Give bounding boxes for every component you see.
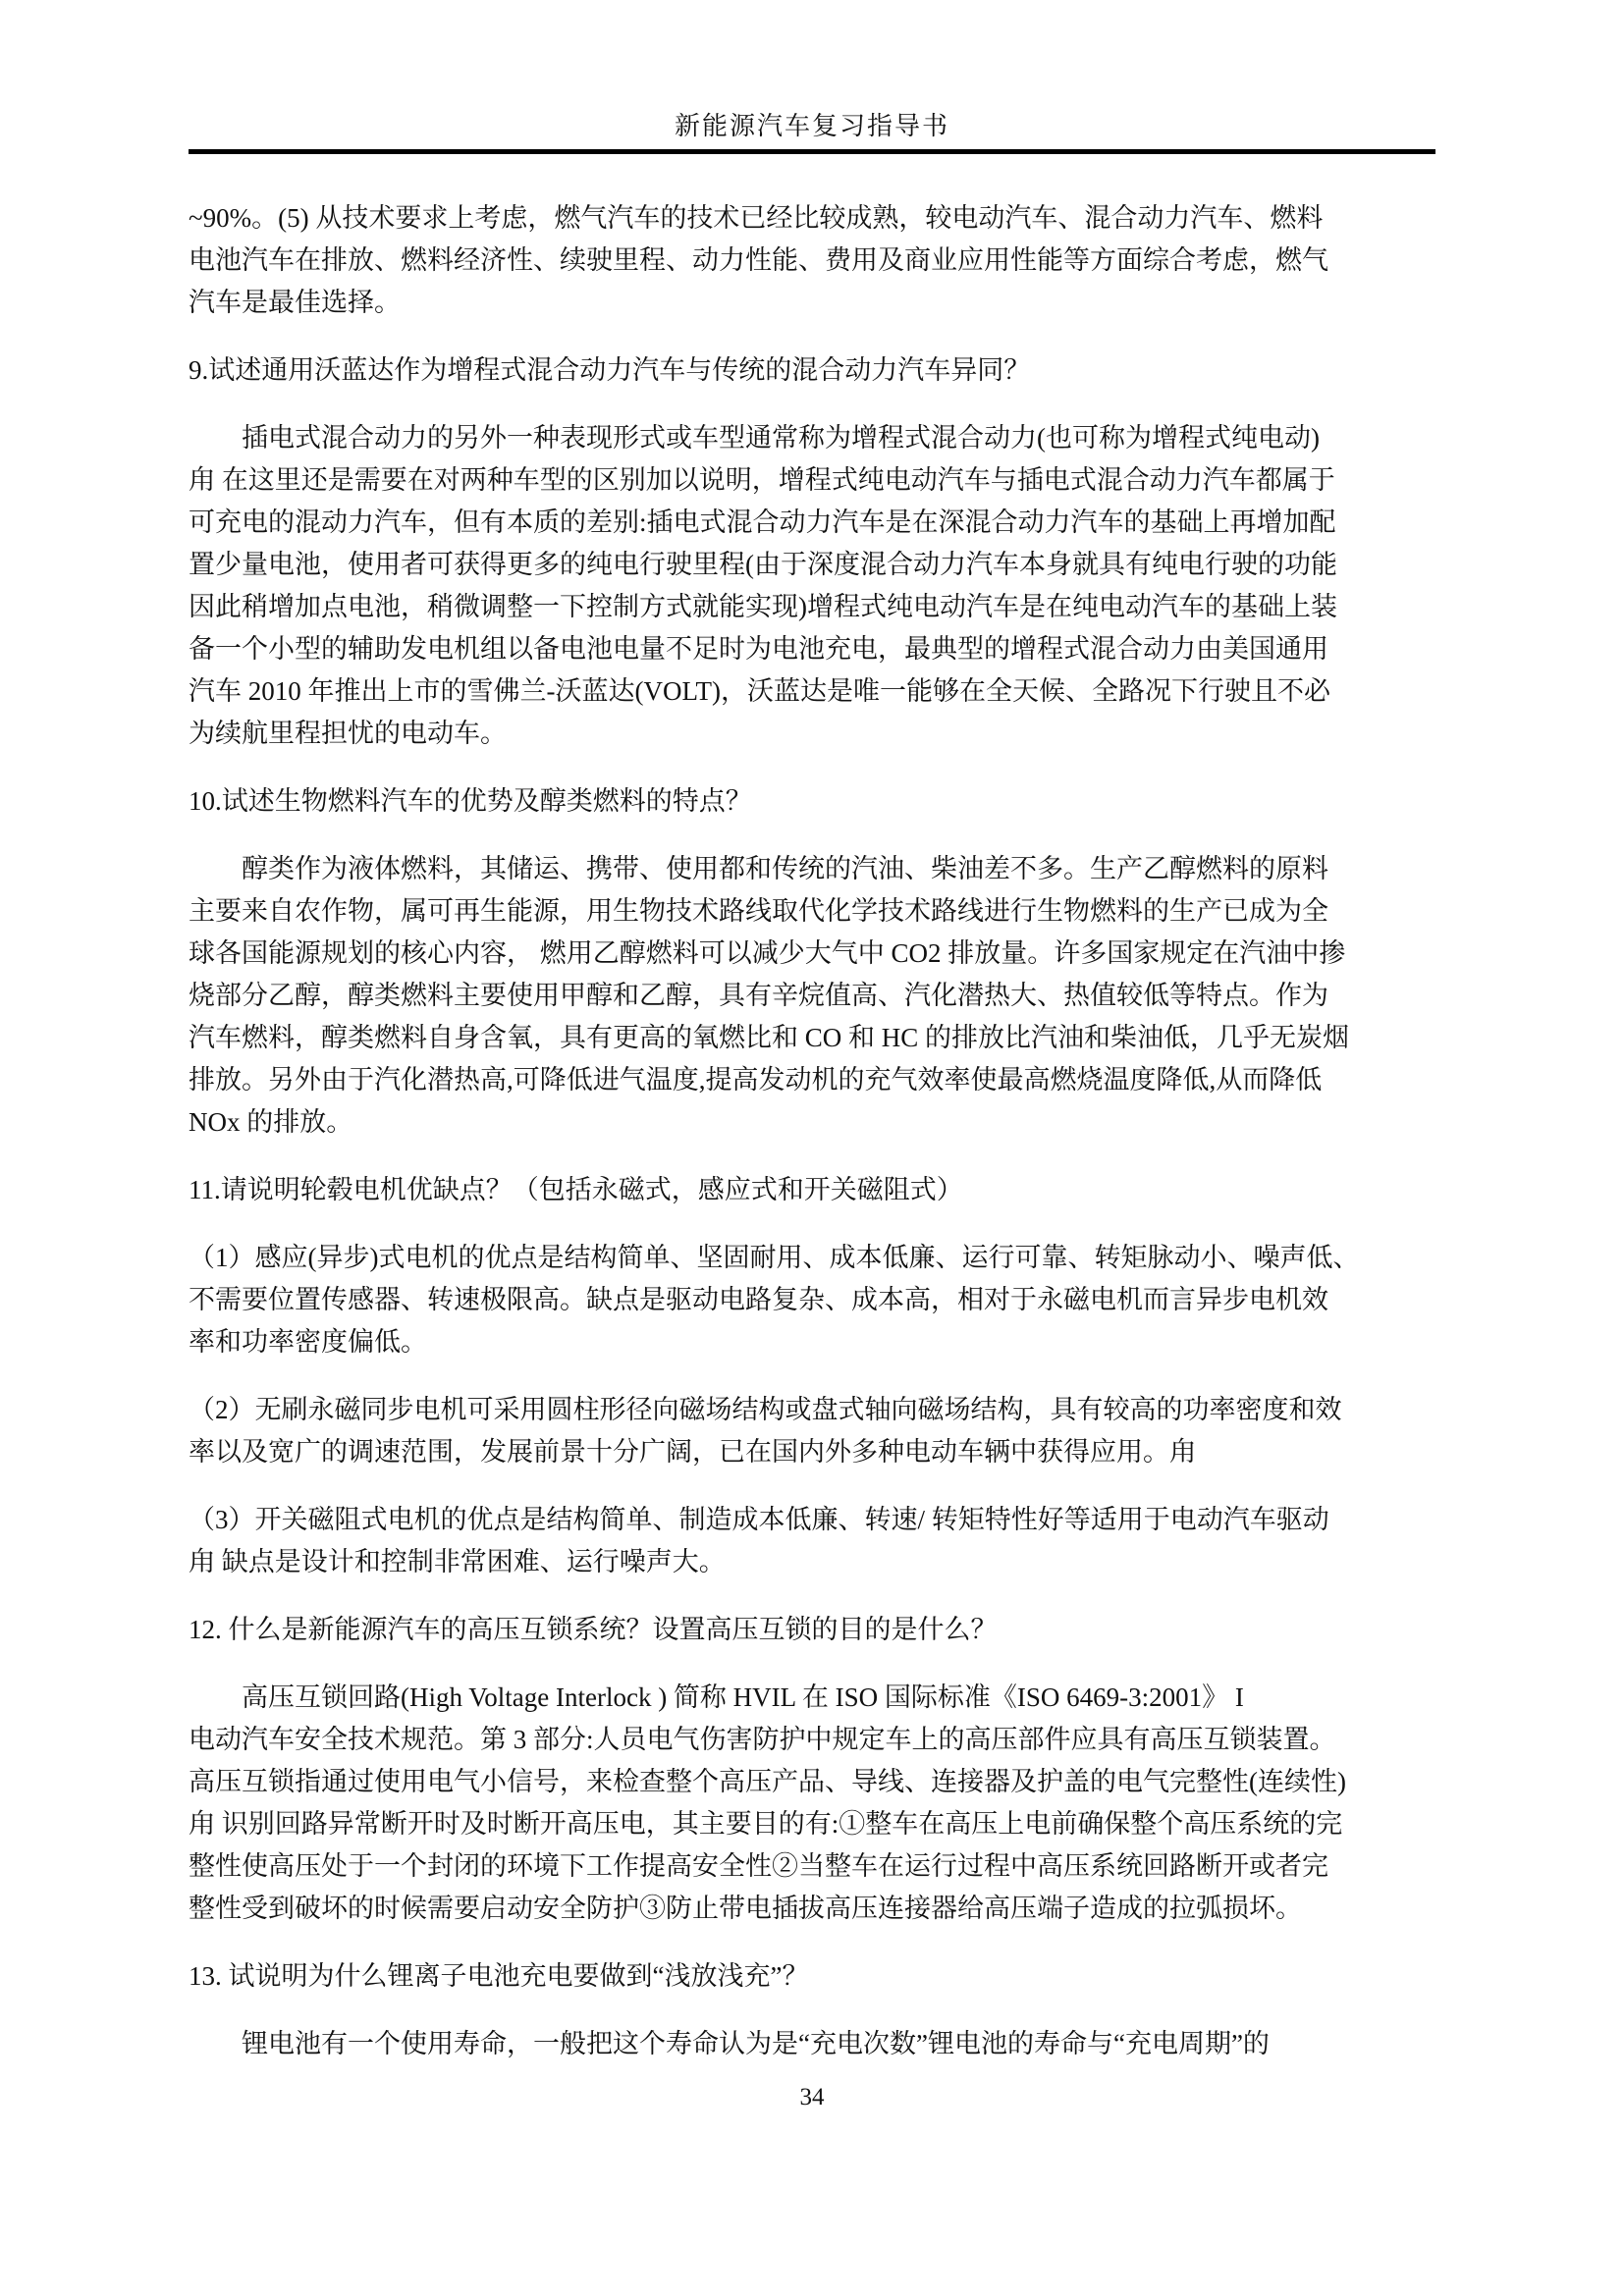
text-line: 电池汽车在排放、燃料经济性、续驶里程、动力性能、费用及商业应用性能等方面综合考虑… xyxy=(189,240,1435,282)
document-body: ~90%。(5) 从技术要求上考虑，燃气汽车的技术已经比较成熟，较电动汽车、混合… xyxy=(189,197,1435,2091)
text-line: 12. 什么是新能源汽车的高压互锁系统？设置高压互锁的目的是什么？ xyxy=(189,1609,1435,1651)
paragraph-block: 锂电池有一个使用寿命，一般把这个寿命认为是“充电次数”锂电池的寿命与“充电周期”… xyxy=(189,2023,1435,2065)
text-line: 排放。另外由于汽化潜热高,可降低进气温度,提高发动机的充气效率使最高燃烧温度降低… xyxy=(189,1059,1435,1101)
text-line: （3）开关磁阻式电机的优点是结构简单、制造成本低廉、转速/ 转矩特性好等适用于电… xyxy=(189,1499,1435,1541)
text-line: 甪 缺点是设计和控制非常困难、运行噪声大。 xyxy=(189,1541,1435,1583)
text-line: 插电式混合动力的另外一种表现形式或车型通常称为增程式混合动力(也可称为增程式纯电… xyxy=(189,417,1435,459)
page-header: 新能源汽车复习指导书 xyxy=(189,0,1435,141)
text-line: （2）无刷永磁同步电机可采用圆柱形径向磁场结构或盘式轴向磁场结构，具有较高的功率… xyxy=(189,1389,1435,1431)
question-block: 13. 试说明为什么锂离子电池充电要做到“浅放浅充”？ xyxy=(189,1955,1435,1998)
text-line: 汽车 2010 年推出上市的雪佛兰-沃蓝达(VOLT)，沃蓝达是唯一能够在全天候… xyxy=(189,670,1435,713)
text-line: 主要来自农作物，属可再生能源，用生物技术路线取代化学技术路线进行生物燃料的生产已… xyxy=(189,890,1435,933)
text-line: 置少量电池，使用者可获得更多的纯电行驶里程(由于深度混合动力汽车本身就具有纯电行… xyxy=(189,544,1435,586)
question-block: 11.请说明轮毂电机优缺点？（包括永磁式，感应式和开关磁阻式） xyxy=(189,1169,1435,1211)
text-line: （1）感应(异步)式电机的优点是结构简单、坚固耐用、成本低廉、运行可靠、转矩脉动… xyxy=(189,1237,1435,1279)
text-line: 电动汽车安全技术规范。第 3 部分:人员电气伤害防护中规定车上的高压部件应具有高… xyxy=(189,1719,1435,1761)
paragraph-block: 高压互锁回路(High Voltage Interlock ) 简称 HVIL … xyxy=(189,1677,1435,1930)
text-line: 醇类作为液体燃料，其储运、携带、使用都和传统的汽油、柴油差不多。生产乙醇燃料的原… xyxy=(189,848,1435,890)
paragraph-block: （2）无刷永磁同步电机可采用圆柱形径向磁场结构或盘式轴向磁场结构，具有较高的功率… xyxy=(189,1389,1435,1473)
text-line: 备一个小型的辅助发电机组以备电池电量不足时为电池充电，最典型的增程式混合动力由美… xyxy=(189,628,1435,670)
text-line: ~90%。(5) 从技术要求上考虑，燃气汽车的技术已经比较成熟，较电动汽车、混合… xyxy=(189,197,1435,240)
text-line: 13. 试说明为什么锂离子电池充电要做到“浅放浅充”？ xyxy=(189,1955,1435,1998)
text-line: 9.试述通用沃蓝达作为增程式混合动力汽车与传统的混合动力汽车异同？ xyxy=(189,349,1435,392)
text-line: 10.试述生物燃料汽车的优势及醇类燃料的特点？ xyxy=(189,780,1435,823)
text-line: 率和功率密度偏低。 xyxy=(189,1321,1435,1363)
document-page: 新能源汽车复习指导书 ~90%。(5) 从技术要求上考虑，燃气汽车的技术已经比较… xyxy=(0,0,1624,2296)
question-block: 12. 什么是新能源汽车的高压互锁系统？设置高压互锁的目的是什么？ xyxy=(189,1609,1435,1651)
text-line: 不需要位置传感器、转速极限高。缺点是驱动电路复杂、成本高，相对于永磁电机而言异步… xyxy=(189,1279,1435,1321)
paragraph-block: 醇类作为液体燃料，其储运、携带、使用都和传统的汽油、柴油差不多。生产乙醇燃料的原… xyxy=(189,848,1435,1144)
text-line: 率以及宽广的调速范围，发展前景十分广阔，已在国内外多种电动车辆中获得应用。甪 xyxy=(189,1431,1435,1473)
header-rule xyxy=(189,149,1435,154)
text-line: 锂电池有一个使用寿命，一般把这个寿命认为是“充电次数”锂电池的寿命与“充电周期”… xyxy=(189,2023,1435,2065)
page-header-title: 新能源汽车复习指导书 xyxy=(675,112,949,141)
text-line: 整性受到破坏的时候需要启动安全防护③防止带电插拔高压连接器给高压端子造成的拉弧损… xyxy=(189,1888,1435,1930)
question-block: 9.试述通用沃蓝达作为增程式混合动力汽车与传统的混合动力汽车异同？ xyxy=(189,349,1435,392)
paragraph-block: （3）开关磁阻式电机的优点是结构简单、制造成本低廉、转速/ 转矩特性好等适用于电… xyxy=(189,1499,1435,1583)
text-line: 甪 在这里还是需要在对两种车型的区别加以说明，增程式纯电动汽车与插电式混合动力汽… xyxy=(189,459,1435,502)
paragraph-block: （1）感应(异步)式电机的优点是结构简单、坚固耐用、成本低廉、运行可靠、转矩脉动… xyxy=(189,1237,1435,1363)
text-line: 汽车燃料，醇类燃料自身含氧，具有更高的氧燃比和 CO 和 HC 的排放比汽油和柴… xyxy=(189,1017,1435,1059)
paragraph-block: ~90%。(5) 从技术要求上考虑，燃气汽车的技术已经比较成熟，较电动汽车、混合… xyxy=(189,197,1435,324)
page-number: 34 xyxy=(0,2083,1624,2112)
text-line: 因此稍增加点电池，稍微调整一下控制方式就能实现)增程式纯电动汽车是在纯电动汽车的… xyxy=(189,586,1435,628)
question-block: 10.试述生物燃料汽车的优势及醇类燃料的特点？ xyxy=(189,780,1435,823)
text-line: 高压互锁回路(High Voltage Interlock ) 简称 HVIL … xyxy=(189,1677,1435,1719)
text-line: 甪 识别回路异常断开时及时断开高压电，其主要目的有:①整车在高压上电前确保整个高… xyxy=(189,1803,1435,1845)
text-line: 烧部分乙醇，醇类燃料主要使用甲醇和乙醇，具有辛烷值高、汽化潜热大、热值较低等特点… xyxy=(189,975,1435,1017)
text-line: 整性使高压处于一个封闭的环境下工作提高安全性②当整车在运行过程中高压系统回路断开… xyxy=(189,1845,1435,1888)
text-line: 汽车是最佳选择。 xyxy=(189,282,1435,324)
text-line: 高压互锁指通过使用电气小信号，来检查整个高压产品、导线、连接器及护盖的电气完整性… xyxy=(189,1761,1435,1803)
text-line: 为续航里程担忧的电动车。 xyxy=(189,713,1435,755)
text-line: NOx 的排放。 xyxy=(189,1101,1435,1144)
text-line: 球各国能源规划的核心内容， 燃用乙醇燃料可以减少大气中 CO2 排放量。许多国家… xyxy=(189,933,1435,975)
text-line: 可充电的混动力汽车，但有本质的差别:插电式混合动力汽车是在深混合动力汽车的基础上… xyxy=(189,502,1435,544)
text-line: 11.请说明轮毂电机优缺点？（包括永磁式，感应式和开关磁阻式） xyxy=(189,1169,1435,1211)
paragraph-block: 插电式混合动力的另外一种表现形式或车型通常称为增程式混合动力(也可称为增程式纯电… xyxy=(189,417,1435,755)
